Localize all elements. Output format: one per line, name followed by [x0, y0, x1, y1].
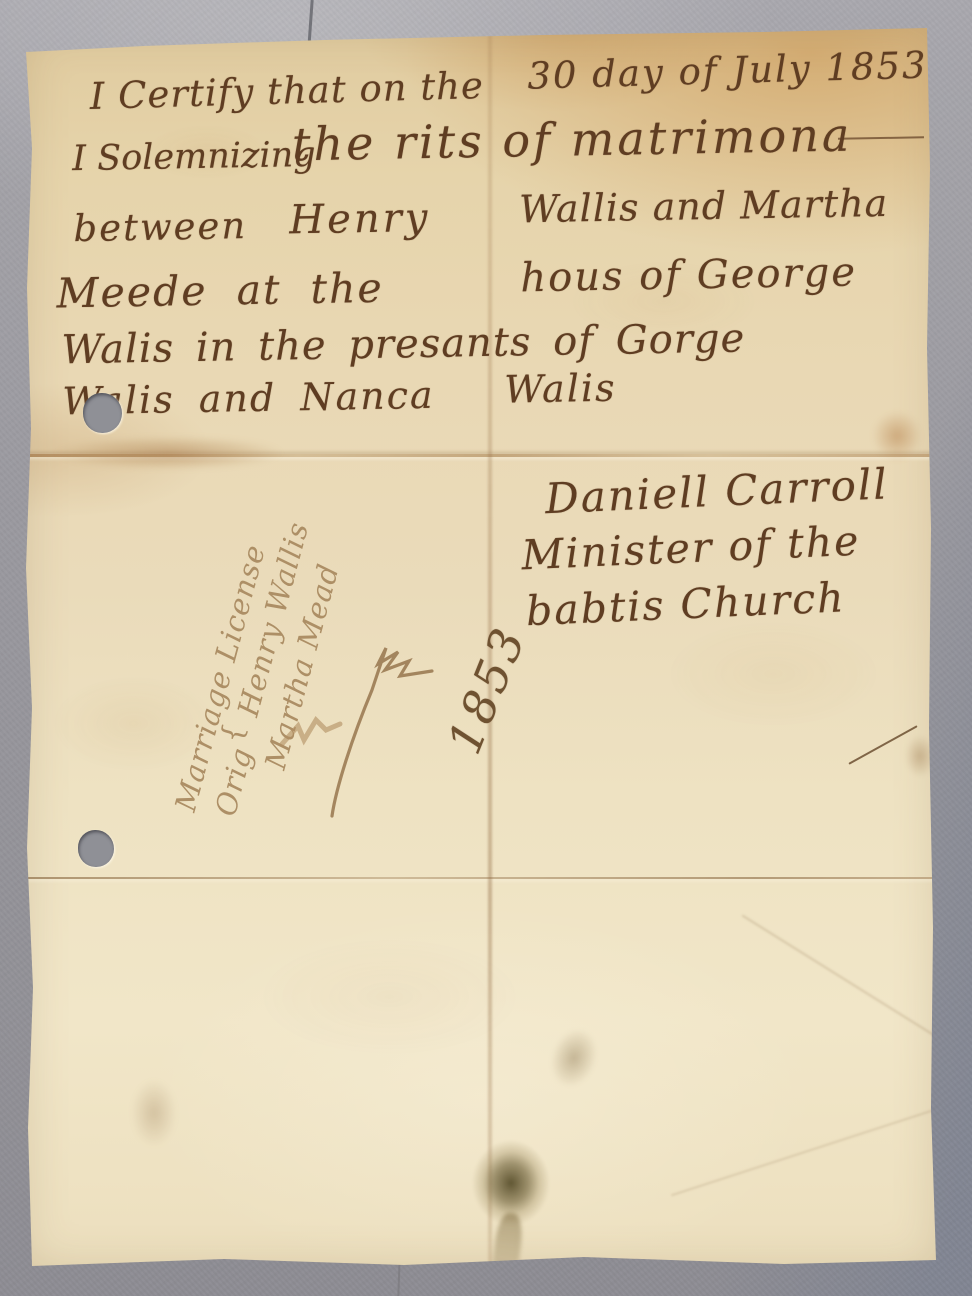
witness-surname-text: Walis	[504, 366, 617, 412]
fold-crease-lower	[24, 877, 938, 879]
groom-surname-and-bride: Wallis and Martha	[519, 181, 889, 231]
signature-block: Daniell Carroll Minister of the babtis C…	[518, 457, 956, 666]
solemnize-text: I Solemnizing	[72, 135, 316, 179]
groom-first-name: Henry	[289, 195, 431, 243]
minister-title-line1: Minister of the	[521, 517, 862, 580]
matrimony-text: the rits of matrimona	[292, 108, 853, 172]
punch-hole-bottom	[78, 830, 114, 867]
punch-hole-top	[83, 393, 122, 433]
ink-flourish	[274, 598, 454, 828]
photo-scene: I Certify that on the 30 day of July 185…	[0, 0, 972, 1296]
faint-smudge	[124, 1068, 184, 1158]
fold-crease-stain	[54, 436, 284, 470]
document-paper: I Certify that on the 30 day of July 185…	[24, 28, 938, 1270]
bride-surname-text: Meede at the	[56, 264, 384, 318]
minister-title-line2: babtis Church	[525, 573, 847, 635]
between-text: between	[73, 204, 247, 250]
house-of-text: hous of George	[520, 249, 857, 301]
